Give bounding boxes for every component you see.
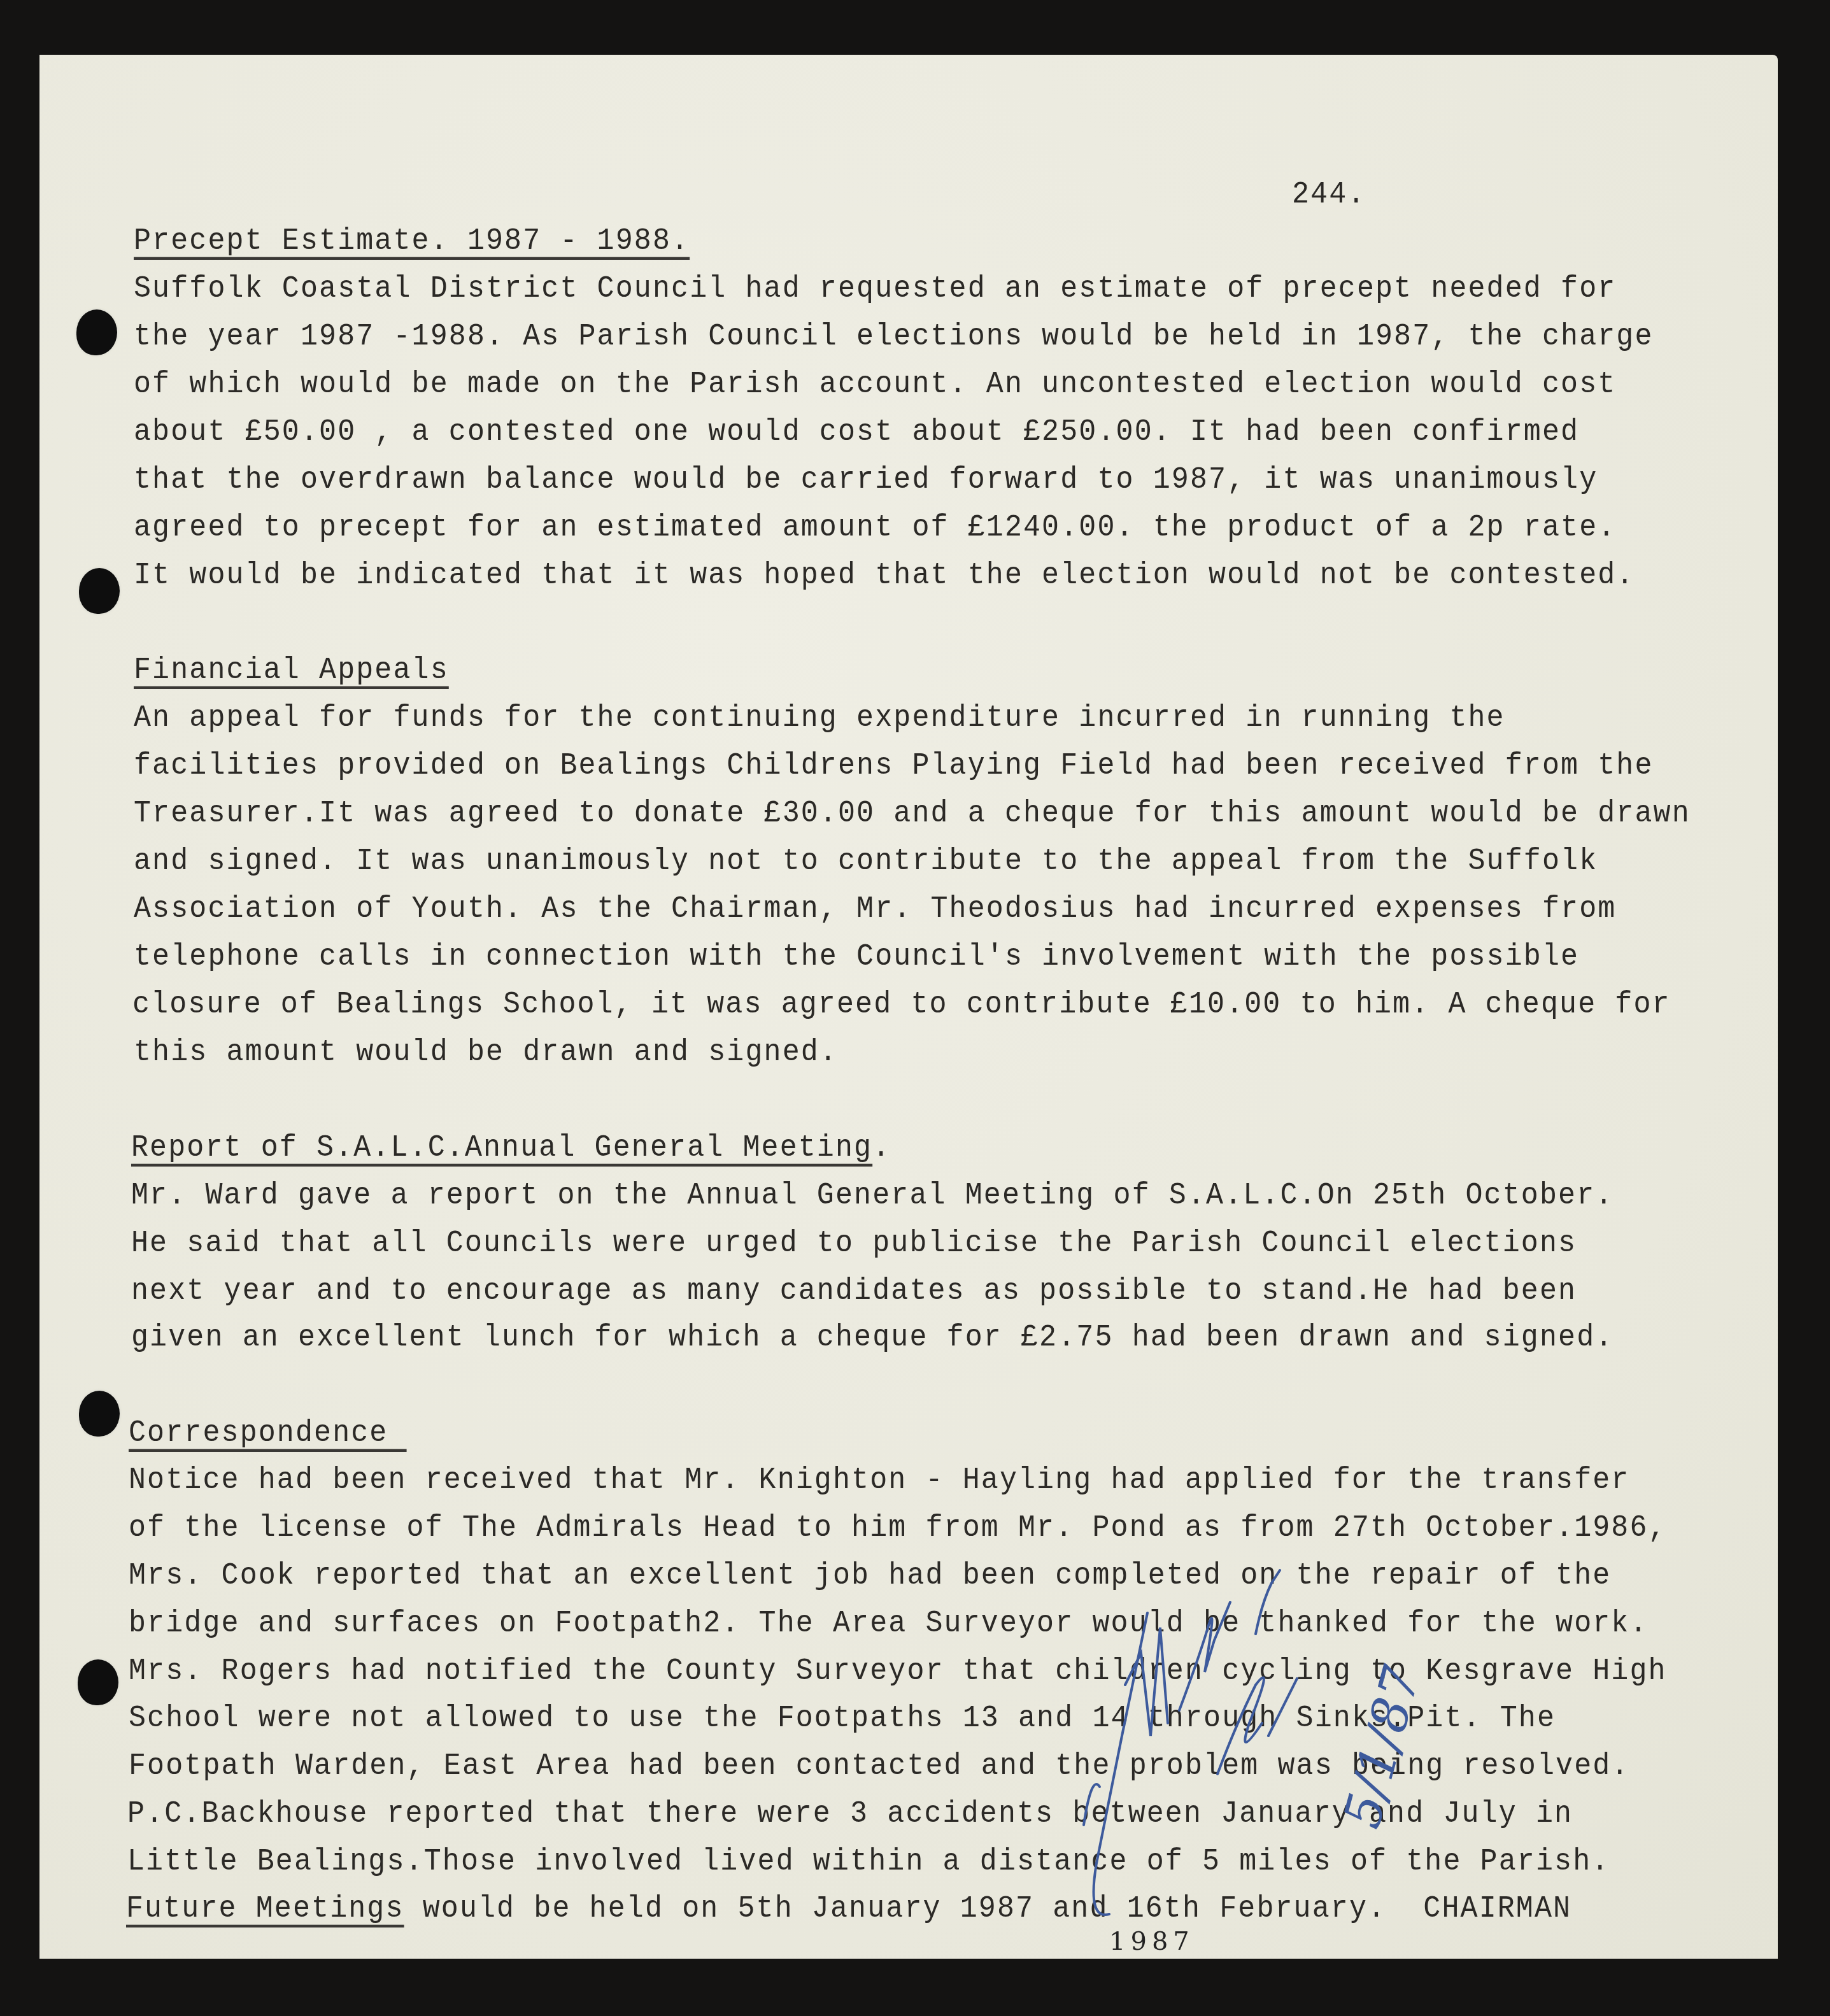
document-page: 244. Precept Estimate. 1987 - 1988. Suff…	[39, 55, 1778, 1959]
signature	[39, 55, 1778, 1959]
